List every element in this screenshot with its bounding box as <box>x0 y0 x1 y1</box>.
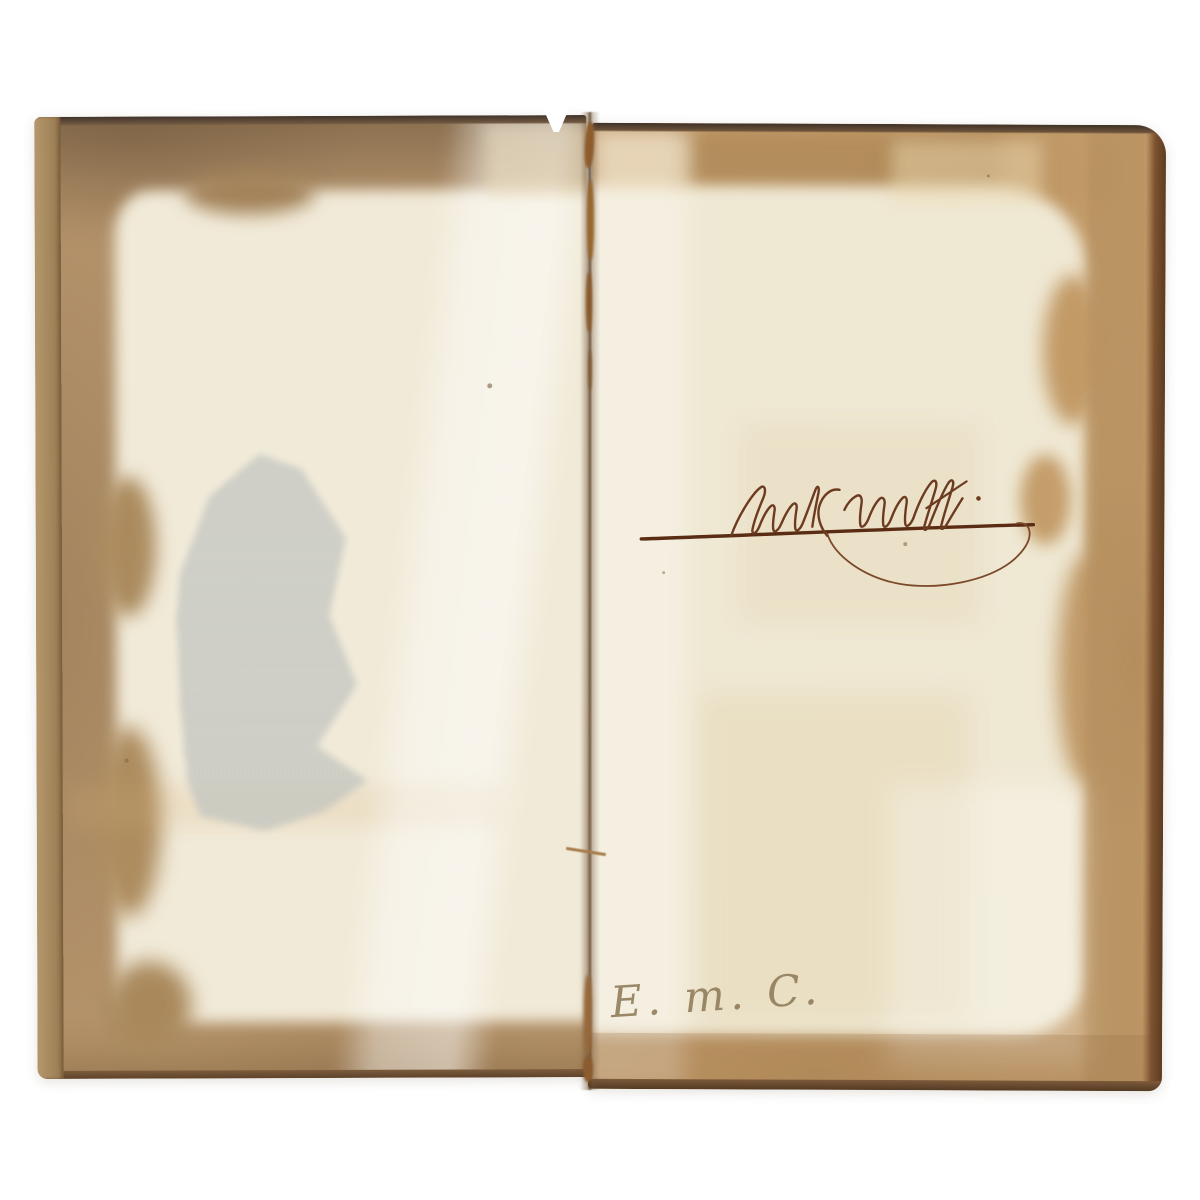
right-flyleaf-page: E. m. C. <box>588 123 1166 1091</box>
left-board-bottom-edge <box>38 1069 590 1079</box>
left-cover-cloth-edge <box>34 117 63 1079</box>
light-patch-near-spine <box>486 125 589 197</box>
spine-glue-residue <box>586 272 592 332</box>
light-band-near-spine <box>588 123 688 1089</box>
paper-residue-stain <box>175 446 386 832</box>
photo-stage: E. m. C. <box>0 0 1200 1200</box>
toning-ragged-edge <box>185 172 315 214</box>
foxing-speck <box>987 174 990 177</box>
spine-glue-residue <box>588 350 592 390</box>
signature-name-part4 <box>913 480 962 530</box>
signature-name-part1 <box>731 486 818 535</box>
paper-residue-stain-shape <box>175 446 386 832</box>
right-board-bottom-edge <box>588 1079 1162 1092</box>
signature-flourish <box>626 447 1047 599</box>
toning-ragged-edge <box>100 477 156 617</box>
left-board-top-edge <box>34 115 586 126</box>
signature-name-part2 <box>818 489 839 535</box>
signature-underline <box>641 523 1033 541</box>
signature-dot <box>976 496 981 501</box>
spine-glue-residue <box>587 180 594 260</box>
foxing-speck <box>125 759 129 763</box>
signature-name-part3 <box>844 495 913 527</box>
toning-ragged-edge <box>107 961 191 1051</box>
light-patch-top-right <box>892 140 1042 203</box>
spine-glue-residue <box>583 1056 593 1082</box>
left-pastedown-page <box>34 115 589 1079</box>
spine-glue-residue <box>584 975 592 1055</box>
foxing-speck <box>487 383 492 388</box>
right-cover-cloth-edge <box>1142 125 1166 1091</box>
fore-edge-toning <box>1084 125 1148 1091</box>
light-patch-bottom <box>888 784 1089 1065</box>
flyleaf-bottom-toning <box>588 1033 1162 1082</box>
